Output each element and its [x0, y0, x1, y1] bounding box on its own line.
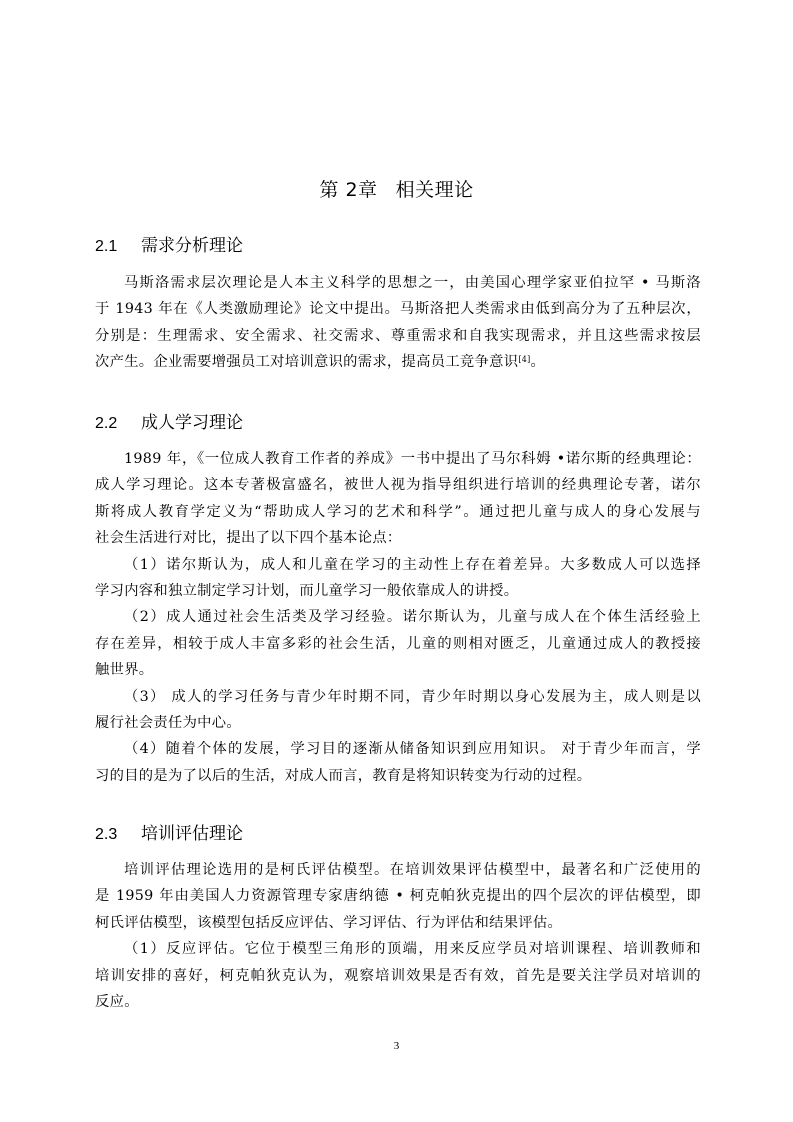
paragraph-kirkpatrick-intro: 培训评估理论选用的是柯氏评估模型。在培训效果评估模型中，最著名和广泛使用的 是 … [95, 857, 701, 936]
paragraph-point-4: （4）随着个体的发展，学习目的逐渐从储备知识到应用知识。 对于青少年而言，学 习… [95, 736, 701, 789]
page-number: 3 [0, 1040, 793, 1052]
text-line: 分别是：生理需求、安全需求、社交需求、尊重需求和自我实现需求，并且这些需求按层 [95, 323, 701, 349]
text-line: 习的目的是为了以后的生活，对成人而言，教育是将知识转变为行动的过程。 [95, 763, 701, 789]
text-line: 是 1959 年由美国人力资源管理专家唐纳德 • 柯克帕狄克提出的四个层次的评估… [95, 883, 701, 909]
paragraph-point-1: （1）诺尔斯认为，成人和儿童在学习的主动性上存在着差异。大多数成人可以选择 学习… [95, 552, 701, 605]
section-title: 需求分析理论 [141, 236, 243, 256]
paragraph-maslow: 马斯洛需求层次理论是人本主义科学的思想之一，由美国心理学家亚伯拉罕 • 马斯洛 … [95, 270, 701, 376]
text-line: 培训评估理论选用的是柯氏评估模型。在培训效果评估模型中，最著名和广泛使用的 [95, 857, 701, 883]
text-line: 成人学习理论。这本专著极富盛名，被世人视为指导组织进行培训的经典理论专著，诺尔 [95, 472, 701, 498]
section-number: 2.1 [95, 234, 141, 260]
text-line: （2）成人通过社会生活类及学习经验。诺尔斯认为，儿童与成人在个体生活经验上 [95, 604, 701, 630]
text-line: 存在差异，相较于成人丰富多彩的社会生活，儿童的则相对匮乏，儿童通过成人的教授接 [95, 631, 701, 657]
citation-reference[interactable]: [4] [518, 355, 530, 364]
chapter-number: 第 2章 [319, 179, 377, 201]
text-line: （1）反应评估。它位于模型三角形的顶端，用来反应学员对培训课程、培训教师和 [95, 936, 701, 962]
text-line: 培训安排的喜好，柯克帕狄克认为，观察培训效果是否有效，首先是要关注学员对培训的 [95, 963, 701, 989]
section-number: 2.2 [95, 411, 141, 437]
text-line: （4）随着个体的发展，学习目的逐渐从储备知识到应用知识。 对于青少年而言，学 [95, 736, 701, 762]
chapter-name: 相关理论 [396, 179, 474, 201]
section-heading-2-1: 2.1需求分析理论 [95, 233, 243, 260]
chapter-title: 第 2章相关理论 [0, 176, 793, 204]
paragraph-knowles-intro: 1989 年，《一位成人教育工作者的养成》一书中提出了马尔科姆 •诺尔斯的经典理… [95, 446, 701, 552]
paragraph-reaction-evaluation: （1）反应评估。它位于模型三角形的顶端，用来反应学员对培训课程、培训教师和 培训… [95, 936, 701, 1015]
text-line-content: 次产生。企业需要增强员工对培训意识的需求，提高员工竞争意识 [95, 354, 518, 370]
text-line: 柯氏评估模型，该模型包括反应评估、学习评估、行为评估和结果评估。 [95, 910, 701, 936]
text-line: 触世界。 [95, 657, 701, 683]
text-line: 于 1943 年在《人类激励理论》论文中提出。马斯洛把人类需求由低到高分为了五种… [95, 296, 701, 322]
section-title: 培训评估理论 [141, 824, 243, 844]
paragraph-point-2: （2）成人通过社会生活类及学习经验。诺尔斯认为，儿童与成人在个体生活经验上 存在… [95, 604, 701, 683]
document-page: 第 2章相关理论 2.1需求分析理论 马斯洛需求层次理论是人本主义科学的思想之一… [0, 0, 793, 1122]
section-heading-2-3: 2.3培训评估理论 [95, 821, 243, 848]
text-line: （1）诺尔斯认为，成人和儿童在学习的主动性上存在着差异。大多数成人可以选择 [95, 552, 701, 578]
text-line: 履行社会责任为中心。 [95, 710, 701, 736]
text-line: 1989 年，《一位成人教育工作者的养成》一书中提出了马尔科姆 •诺尔斯的经典理… [95, 446, 701, 472]
text-line: 马斯洛需求层次理论是人本主义科学的思想之一，由美国心理学家亚伯拉罕 • 马斯洛 [95, 270, 701, 296]
section-heading-2-2: 2.2成人学习理论 [95, 410, 243, 437]
text-line: 斯将成人教育学定义为“帮助成人学习的艺术和科学”。通过把儿童与成人的身心发展与 [95, 499, 701, 525]
text-line: 反应。 [95, 989, 701, 1015]
text-line: （3） 成人的学习任务与青少年时期不同，青少年时期以身心发展为主，成人则是以 [95, 684, 701, 710]
text-line: 社会生活进行对比，提出了以下四个基本论点： [95, 525, 701, 551]
paragraph-point-3: （3） 成人的学习任务与青少年时期不同，青少年时期以身心发展为主，成人则是以 履… [95, 684, 701, 737]
section-number: 2.3 [95, 822, 141, 848]
text-line: 次产生。企业需要增强员工对培训意识的需求，提高员工竞争意识[4]。 [95, 349, 701, 375]
section-title: 成人学习理论 [141, 413, 243, 433]
text-line-ending: 。 [531, 354, 546, 370]
text-line: 学习内容和独立制定学习计划，而儿童学习一般依靠成人的讲授。 [95, 578, 701, 604]
